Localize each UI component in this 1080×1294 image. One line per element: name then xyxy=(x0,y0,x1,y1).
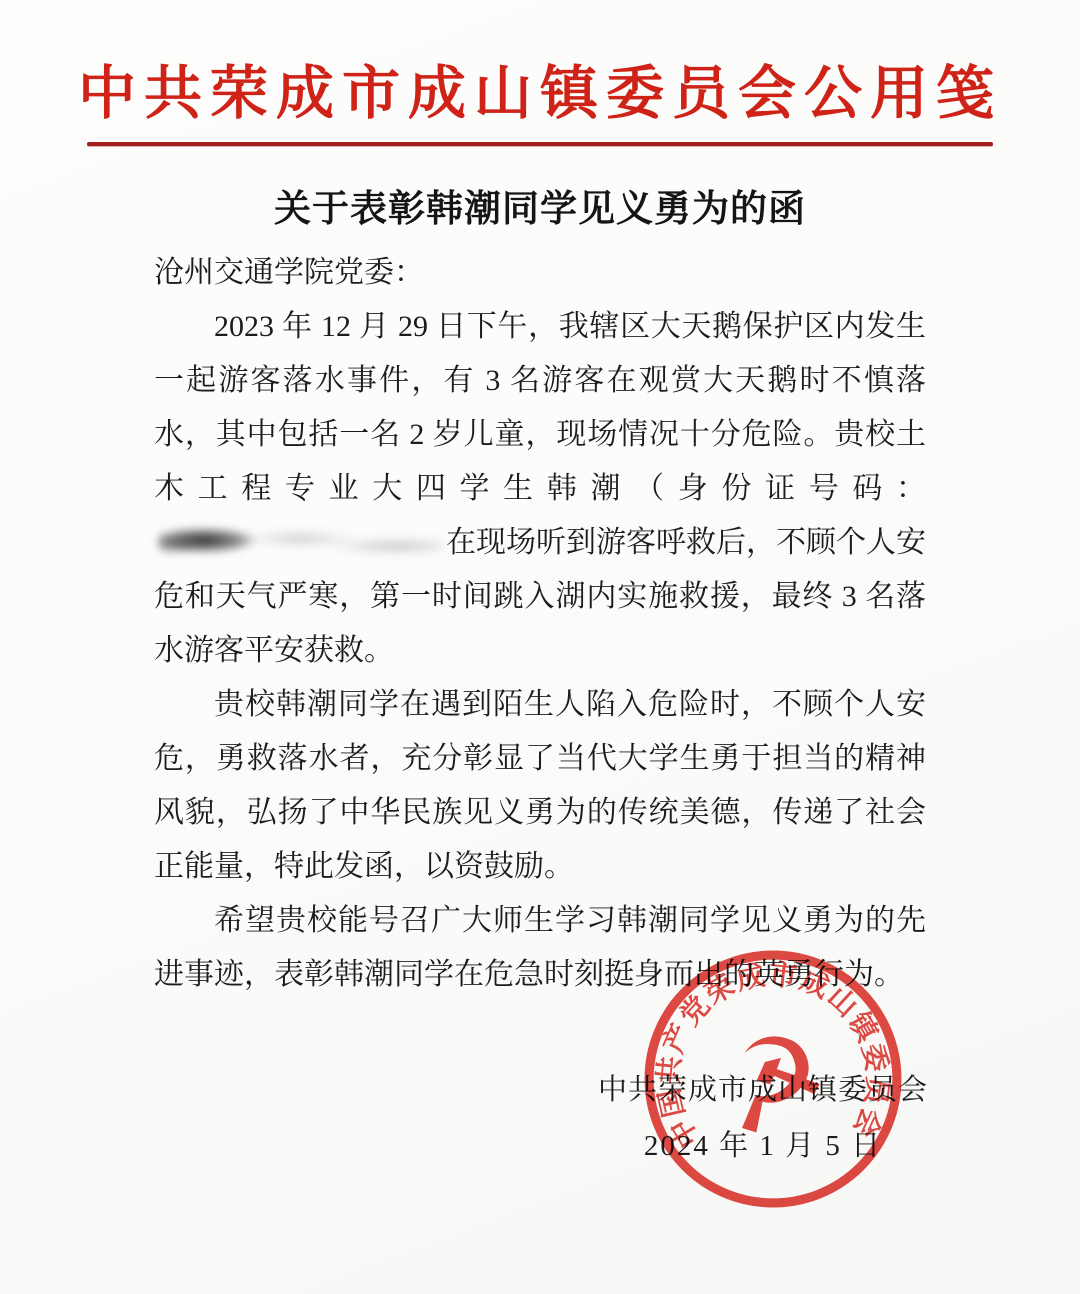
closing-block: 中共荣成市成山镇委员会 2024 年 1 月 5 日 xyxy=(598,1064,928,1172)
issuing-committee-signature: 中共荣成市成山镇委员会 xyxy=(598,1064,928,1116)
issue-date: 2024 年 1 月 5 日 xyxy=(598,1120,928,1172)
scanned-letter-page: 中共荣成市成山镇委员会公用笺 关于表彰韩潮同学见义勇为的函 沧州交通学院党委： … xyxy=(0,0,1080,1294)
document-title: 关于表彰韩潮同学见义勇为的函 xyxy=(0,178,1080,232)
letterhead-rule xyxy=(87,142,993,146)
letter-body: 沧州交通学院党委： 2023 年 12 月 29 日下午，我辖区大天鹅保护区内发… xyxy=(154,246,926,1002)
paragraph-incident-text: 2023 年 12 月 29 日下午，我辖区大天鹅保护区内发生一起游客落水事件，… xyxy=(154,310,926,505)
paragraph-incident: 2023 年 12 月 29 日下午，我辖区大天鹅保护区内发生一起游客落水事件，… xyxy=(154,300,926,678)
letterhead-title: 中共荣成市成山镇委员会公用笺 xyxy=(0,0,1080,126)
paragraph-commendation: 贵校韩潮同学在遇到陌生人陷入危险时，不顾个人安危，勇救落水者，充分彰显了当代大学… xyxy=(154,678,926,894)
salutation: 沧州交通学院党委： xyxy=(154,246,926,300)
paragraph-appeal: 希望贵校能号召广大师生学习韩潮同学见义勇为的先进事迹，表彰韩潮同学在危急时刻挺身… xyxy=(154,894,926,1002)
redacted-id-number xyxy=(158,525,442,559)
